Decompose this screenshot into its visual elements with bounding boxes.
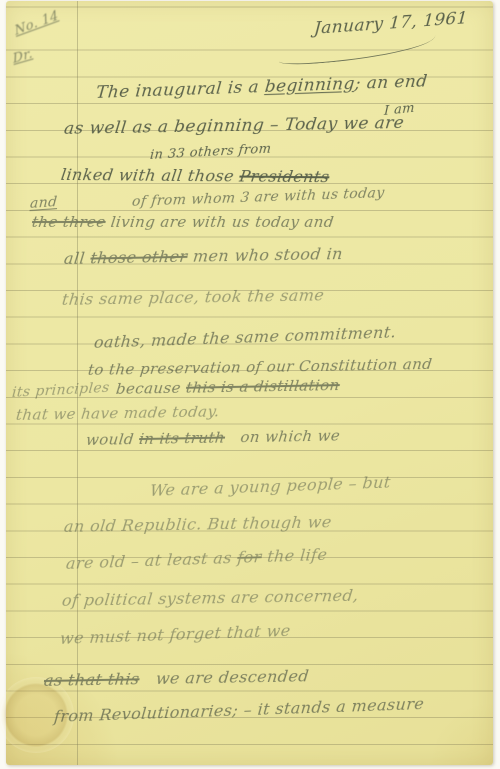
date-underline-flourish [277, 28, 437, 67]
handwritten-line: the three living are with us today and [31, 215, 335, 230]
line-text: living are with us today and [105, 213, 336, 231]
line-text: men who stood in [187, 244, 344, 266]
line-text: an old Republic. But though we [63, 512, 333, 536]
struck-text: as that this [43, 669, 140, 690]
line-text: would [85, 430, 140, 449]
handwritten-line: oaths, made the same commitment. [93, 324, 397, 351]
struck-text: Presidents [238, 167, 330, 187]
line-text: linked with all those [60, 165, 241, 186]
handwritten-line: that we have made today. [15, 404, 220, 423]
handwritten-line: all those other men who stood in [63, 246, 343, 267]
line-text: in 33 others from [149, 142, 272, 163]
handwritten-line: We are a young people – but [149, 475, 391, 499]
interline-insertion: in 33 others from [149, 143, 271, 162]
struck-text: those other [90, 247, 189, 268]
handwritten-line: as that this we are descended [43, 668, 310, 689]
scanned-manuscript: No. 14 Dr. January 17, 1961 The inaugura… [0, 0, 500, 769]
line-text: of from whom 3 are with us today [131, 185, 385, 210]
line-text: that we have made today. [15, 402, 220, 424]
line-text: we must not forget that we [59, 621, 291, 648]
handwritten-line: The inaugural is a beginning; an end [95, 73, 428, 102]
margin-insertion: its principles [11, 381, 110, 400]
line-text: we are descended [139, 666, 310, 688]
line-text: all [63, 249, 91, 268]
handwritten-line: of from whom 3 are with us today [131, 186, 385, 209]
handwritten-line: as well as a beginning – Today we are [63, 115, 405, 138]
handwritten-line: linked with all those Presidents [60, 167, 330, 185]
handwritten-line: we must not forget that we [59, 623, 291, 647]
line-text: this same place, took the same [61, 285, 325, 309]
handwritten-line: this same place, took the same [61, 287, 325, 308]
line-text: on which we [224, 427, 341, 447]
line-text: from Revolutionaries; – it stands a meas… [53, 694, 425, 726]
underlined-text: and [29, 194, 58, 212]
interline-insertion: I am [384, 102, 415, 118]
corner-notation-line2: Dr. [12, 47, 34, 66]
line-text: ; an end [354, 71, 428, 94]
handwritten-line: would in its truth on which we [85, 429, 341, 448]
line-text: of political systems are concerned, [61, 586, 360, 610]
line-text: are old – at least as [65, 548, 238, 573]
line-text: to the preservation of our Constitution … [87, 355, 433, 379]
line-text: The inaugural is a [95, 77, 266, 103]
struck-text: the three [31, 213, 107, 231]
legal-pad-sheet: No. 14 Dr. January 17, 1961 The inaugura… [6, 1, 493, 765]
handwritten-line: to the preservation of our Constitution … [87, 357, 433, 378]
line-text: because [115, 379, 187, 398]
struck-text: for [237, 547, 263, 567]
handwritten-line: an old Republic. But though we [63, 514, 332, 535]
handwritten-line: are old – at least as for the life [65, 547, 328, 572]
line-text: oaths, made the same commitment. [93, 322, 397, 352]
underlined-text: beginning [264, 74, 356, 97]
handwritten-line: of political systems are concerned, [61, 588, 359, 609]
struck-text: this is a distillation [185, 376, 341, 397]
handwritten-line: from Revolutionaries; – it stands a meas… [53, 696, 425, 725]
line-text: the life [261, 545, 328, 566]
handwritten-line: because this is a distillation [115, 378, 340, 397]
line-text: its principles [11, 380, 110, 401]
line-text: We are a young people – but [149, 473, 391, 500]
corner-notation-line1: No. 14 [14, 9, 60, 38]
line-text: I am [384, 101, 415, 119]
line-text: as well as a beginning – Today we are [63, 113, 405, 139]
struck-text: in its truth [138, 429, 226, 449]
margin-insertion: and [30, 195, 58, 211]
